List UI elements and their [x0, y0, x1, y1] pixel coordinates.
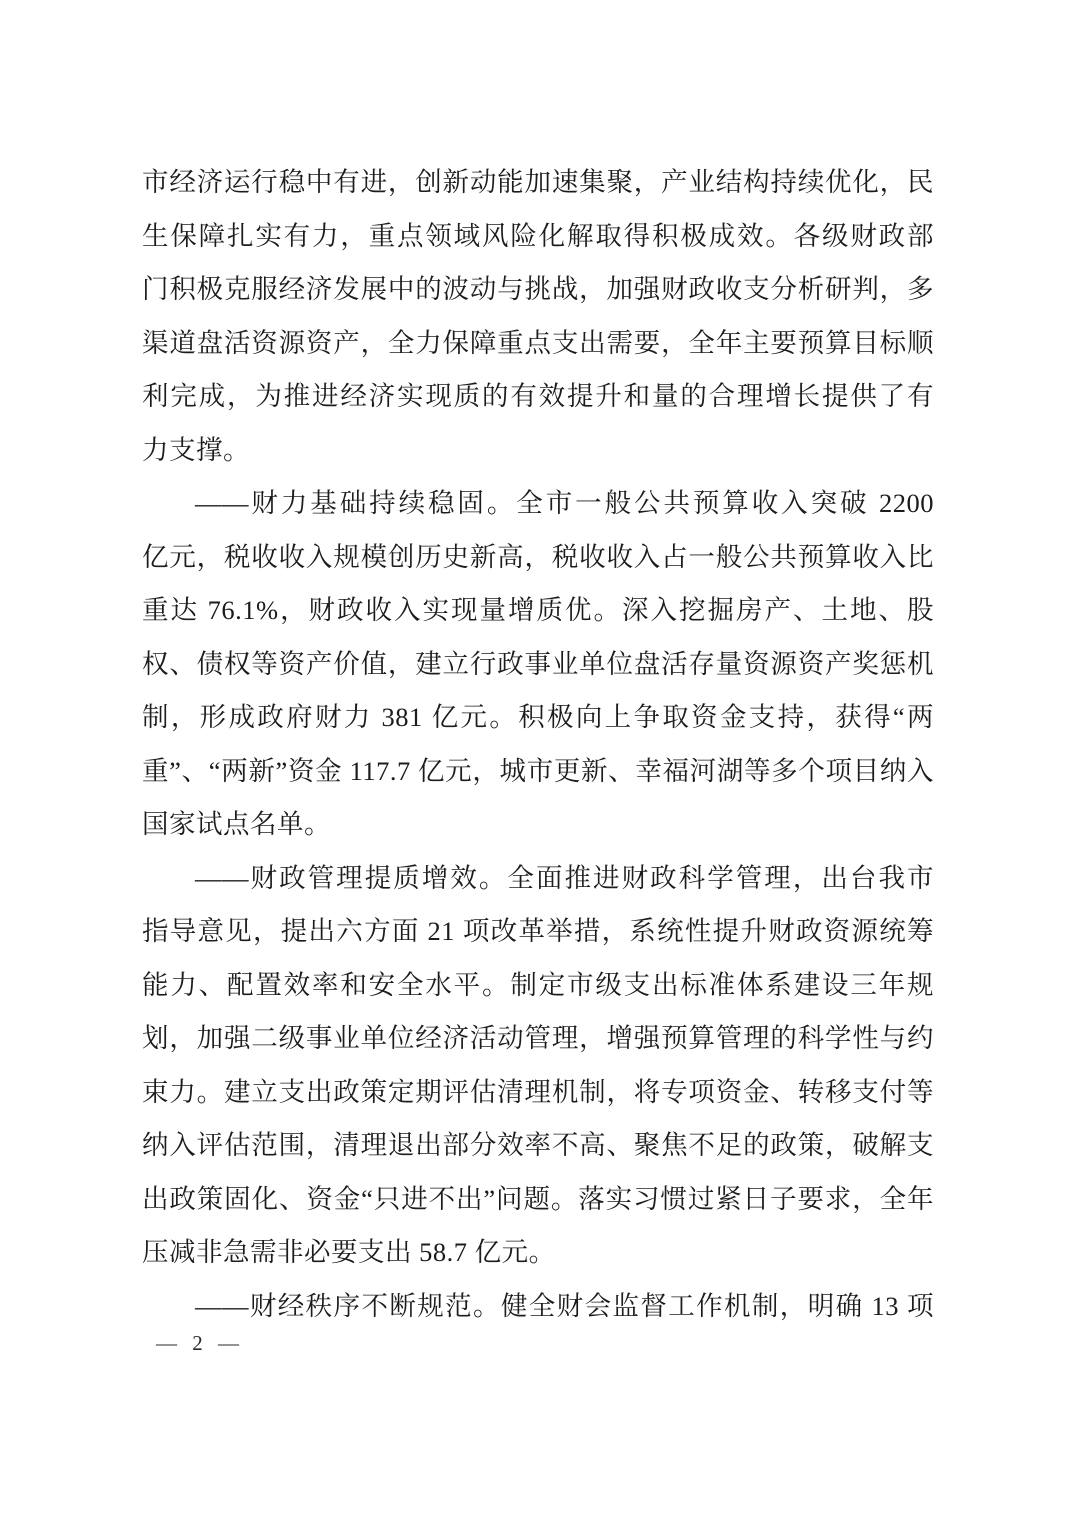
- text-line: 市经济运行稳中有进，创新动能加速集聚，产业结构持续优化，民: [142, 156, 934, 210]
- text-line: 划，加强二级事业单位经济活动管理，增强预算管理的科学性与约: [142, 1012, 934, 1066]
- text-line: ——财经秩序不断规范。健全财会监督工作机制，明确 13 项: [142, 1280, 934, 1334]
- text-line: 重”、“两新”资金 117.7 亿元，城市更新、幸福河湖等多个项目纳入: [142, 745, 934, 799]
- text-line: 权、债权等资产价值，建立行政事业单位盘活存量资源资产奖惩机: [142, 638, 934, 692]
- text-line: 制，形成政府财力 381 亿元。积极向上争取资金支持，获得“两: [142, 691, 934, 745]
- text-line: 生保障扎实有力，重点领域风险化解取得积极成效。各级财政部: [142, 210, 934, 264]
- page-body-text: 市经济运行稳中有进，创新动能加速集聚，产业结构持续优化，民 生保障扎实有力，重点…: [142, 156, 934, 1333]
- text-line: 渠道盘活资源资产，全力保障重点支出需要，全年主要预算目标顺: [142, 317, 934, 371]
- text-line: 指导意见，提出六方面 21 项改革举措，系统性提升财政资源统筹: [142, 905, 934, 959]
- text-line: 束力。建立支出政策定期评估清理机制，将专项资金、转移支付等: [142, 1066, 934, 1120]
- text-line: 出政策固化、资金“只进不出”问题。落实习惯过紧日子要求，全年: [142, 1173, 934, 1227]
- text-line: 利完成，为推进经济实现质的有效提升和量的合理增长提供了有: [142, 370, 934, 424]
- text-line: 亿元，税收收入规模创历史新高，税收收入占一般公共预算收入比: [142, 531, 934, 585]
- text-line: 力支撑。: [142, 424, 934, 478]
- text-line: 重达 76.1%，财政收入实现量增质优。深入挖掘房产、土地、股: [142, 584, 934, 638]
- text-line: ——财力基础持续稳固。全市一般公共预算收入突破 2200: [142, 477, 934, 531]
- text-line: 压减非急需非必要支出 58.7 亿元。: [142, 1226, 934, 1280]
- document-page: 市经济运行稳中有进，创新动能加速集聚，产业结构持续优化，民 生保障扎实有力，重点…: [0, 0, 1074, 1520]
- text-line: 门积极克服经济发展中的波动与挑战，加强财政收支分析研判，多: [142, 263, 934, 317]
- text-line: 能力、配置效率和安全水平。制定市级支出标准体系建设三年规: [142, 959, 934, 1013]
- text-line: 国家试点名单。: [142, 798, 934, 852]
- text-line: ——财政管理提质增效。全面推进财政科学管理，出台我市: [142, 852, 934, 906]
- page-number: — 2 —: [156, 1331, 242, 1355]
- page-footer: — 2 —: [156, 1330, 242, 1356]
- text-line: 纳入评估范围，清理退出部分效率不高、聚焦不足的政策，破解支: [142, 1119, 934, 1173]
